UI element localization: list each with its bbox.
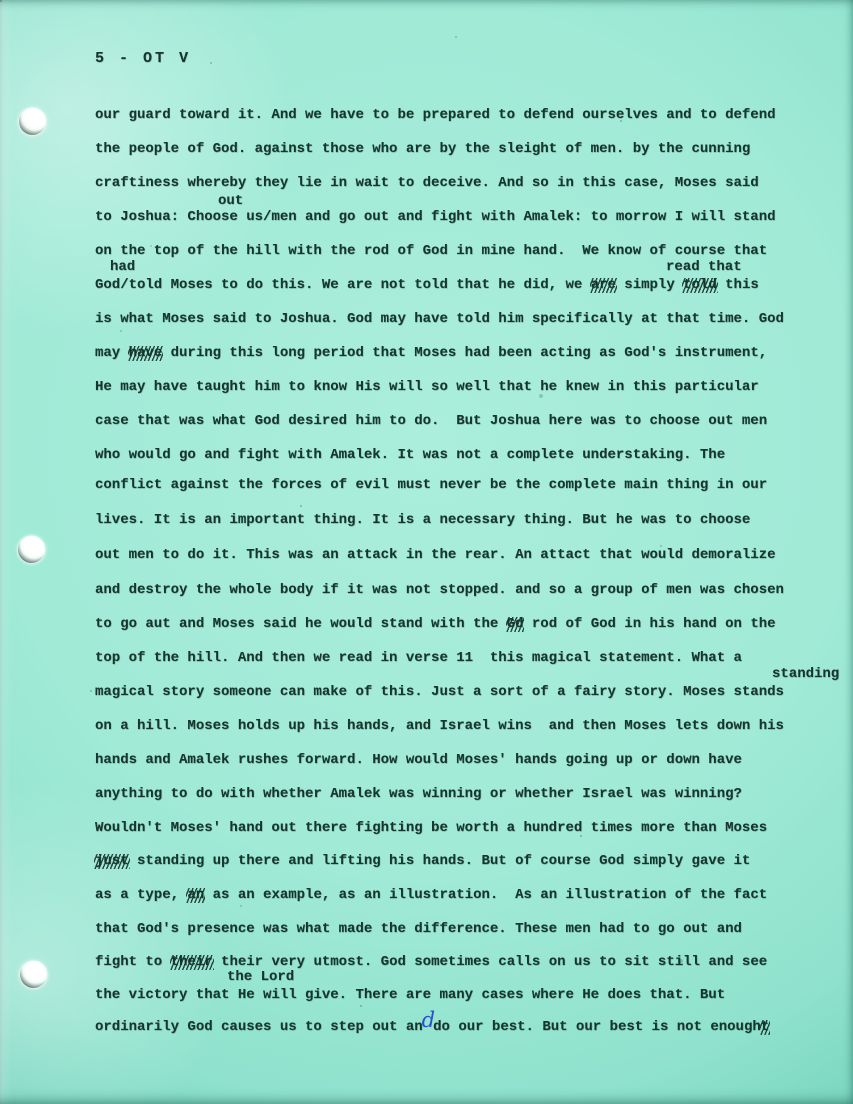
typed-line: Wouldn't Moses' hand out there fighting … — [95, 820, 767, 837]
handwritten-d-insertion: d — [422, 1013, 435, 1027]
typed-line: top of the hill. And then we read in ver… — [95, 650, 742, 667]
struck-word: their — [171, 954, 213, 971]
line-segment: standing up there and lifting his hands.… — [129, 853, 751, 869]
line-segment: this — [717, 277, 759, 293]
struck-word: told — [683, 277, 717, 294]
typed-line: He may have taught him to know His will … — [95, 379, 759, 396]
line-segment: simply — [616, 277, 683, 293]
typed-line: case that was what God desired him to do… — [95, 413, 767, 430]
typed-line: just standing up there and lifting his h… — [95, 853, 750, 870]
line-segment: as a type, — [95, 887, 187, 903]
typed-line: magical story someone can make of this. … — [95, 684, 784, 701]
typed-line: our guard toward it. And we have to be p… — [95, 107, 776, 124]
line-segment: may — [95, 345, 129, 361]
line-segment: ordinarily God causes us to step out an — [95, 1019, 423, 1035]
punch-hole-top — [19, 108, 46, 135]
typed-line: anything to do with whether Amalek was w… — [95, 786, 742, 803]
typed-line: on a hill. Moses holds up his hands, and… — [95, 718, 784, 735]
struck-word: are — [591, 277, 616, 294]
typed-line: may have during this long period that Mo… — [95, 345, 767, 362]
typed-line: on the top of the hill with the rod of G… — [95, 243, 767, 260]
typed-line: conflict against the forces of evil must… — [95, 477, 767, 494]
struck-word: Gd — [507, 616, 524, 633]
line-segment: during this long period that Moses had b… — [162, 345, 767, 361]
typed-line: who would go and fight with Amalek. It w… — [95, 447, 725, 464]
interline-insertion-had: had — [110, 259, 135, 276]
paper-speckles — [0, 0, 2, 2]
typed-line: is what Moses said to Joshua. God may ha… — [95, 311, 784, 328]
typed-line: and destroy the whole body if it was not… — [95, 582, 784, 599]
scanned-page: 5 - OT V our guard toward it. And we hav… — [0, 0, 853, 1104]
typed-line: to go aut and Moses said he would stand … — [95, 616, 776, 633]
struck-letter: t — [761, 1019, 769, 1036]
punch-hole-bottom — [20, 961, 47, 988]
typed-line: out men to do it. This was an attack in … — [95, 547, 776, 564]
page-header: 5 - OT V — [95, 50, 191, 67]
typed-line: that God's presence was what made the di… — [95, 921, 742, 938]
interline-insertion-standing: standing — [772, 666, 839, 683]
typed-line: hands and Amalek rushes forward. How wou… — [95, 752, 742, 769]
typed-line: fight to their their very utmost. God so… — [95, 954, 767, 971]
interline-insertion-out: out — [218, 193, 243, 210]
typed-line: as a type, an as an example, as an illus… — [95, 887, 767, 904]
typed-line: craftiness whereby they lie in wait to d… — [95, 175, 759, 192]
line-segment: fight to — [95, 954, 171, 970]
line-segment: to go aut and Moses said he would stand … — [95, 616, 507, 632]
typed-line: to Joshua: Choose us/men and go out and … — [95, 209, 776, 226]
line-segment: their very utmost. God sometimes calls o… — [213, 954, 768, 970]
line-segment: as an example, as an illustration. As an… — [204, 887, 767, 903]
line-segment: God/told Moses to do this. We are not to… — [95, 277, 591, 293]
punch-hole-middle — [18, 536, 45, 563]
interline-insertion-read-that: read that — [666, 259, 742, 276]
typed-line: the victory that He will give. There are… — [95, 987, 725, 1004]
struck-word: just — [95, 853, 129, 870]
struck-word: have — [129, 345, 163, 362]
interline-insertion-the-lord: the Lord — [227, 969, 294, 986]
line-segment: rod of God in his hand on the — [523, 616, 775, 632]
typed-line: God/told Moses to do this. We are not to… — [95, 277, 759, 294]
struck-word: an — [187, 887, 204, 904]
typed-line: the people of God. against those who are… — [95, 141, 750, 158]
typed-line: lives. It is an important thing. It is a… — [95, 512, 750, 529]
line-segment: do our best. But our best is not enough — [433, 1019, 761, 1035]
typed-line: ordinarily God causes us to step out and… — [95, 1016, 769, 1036]
